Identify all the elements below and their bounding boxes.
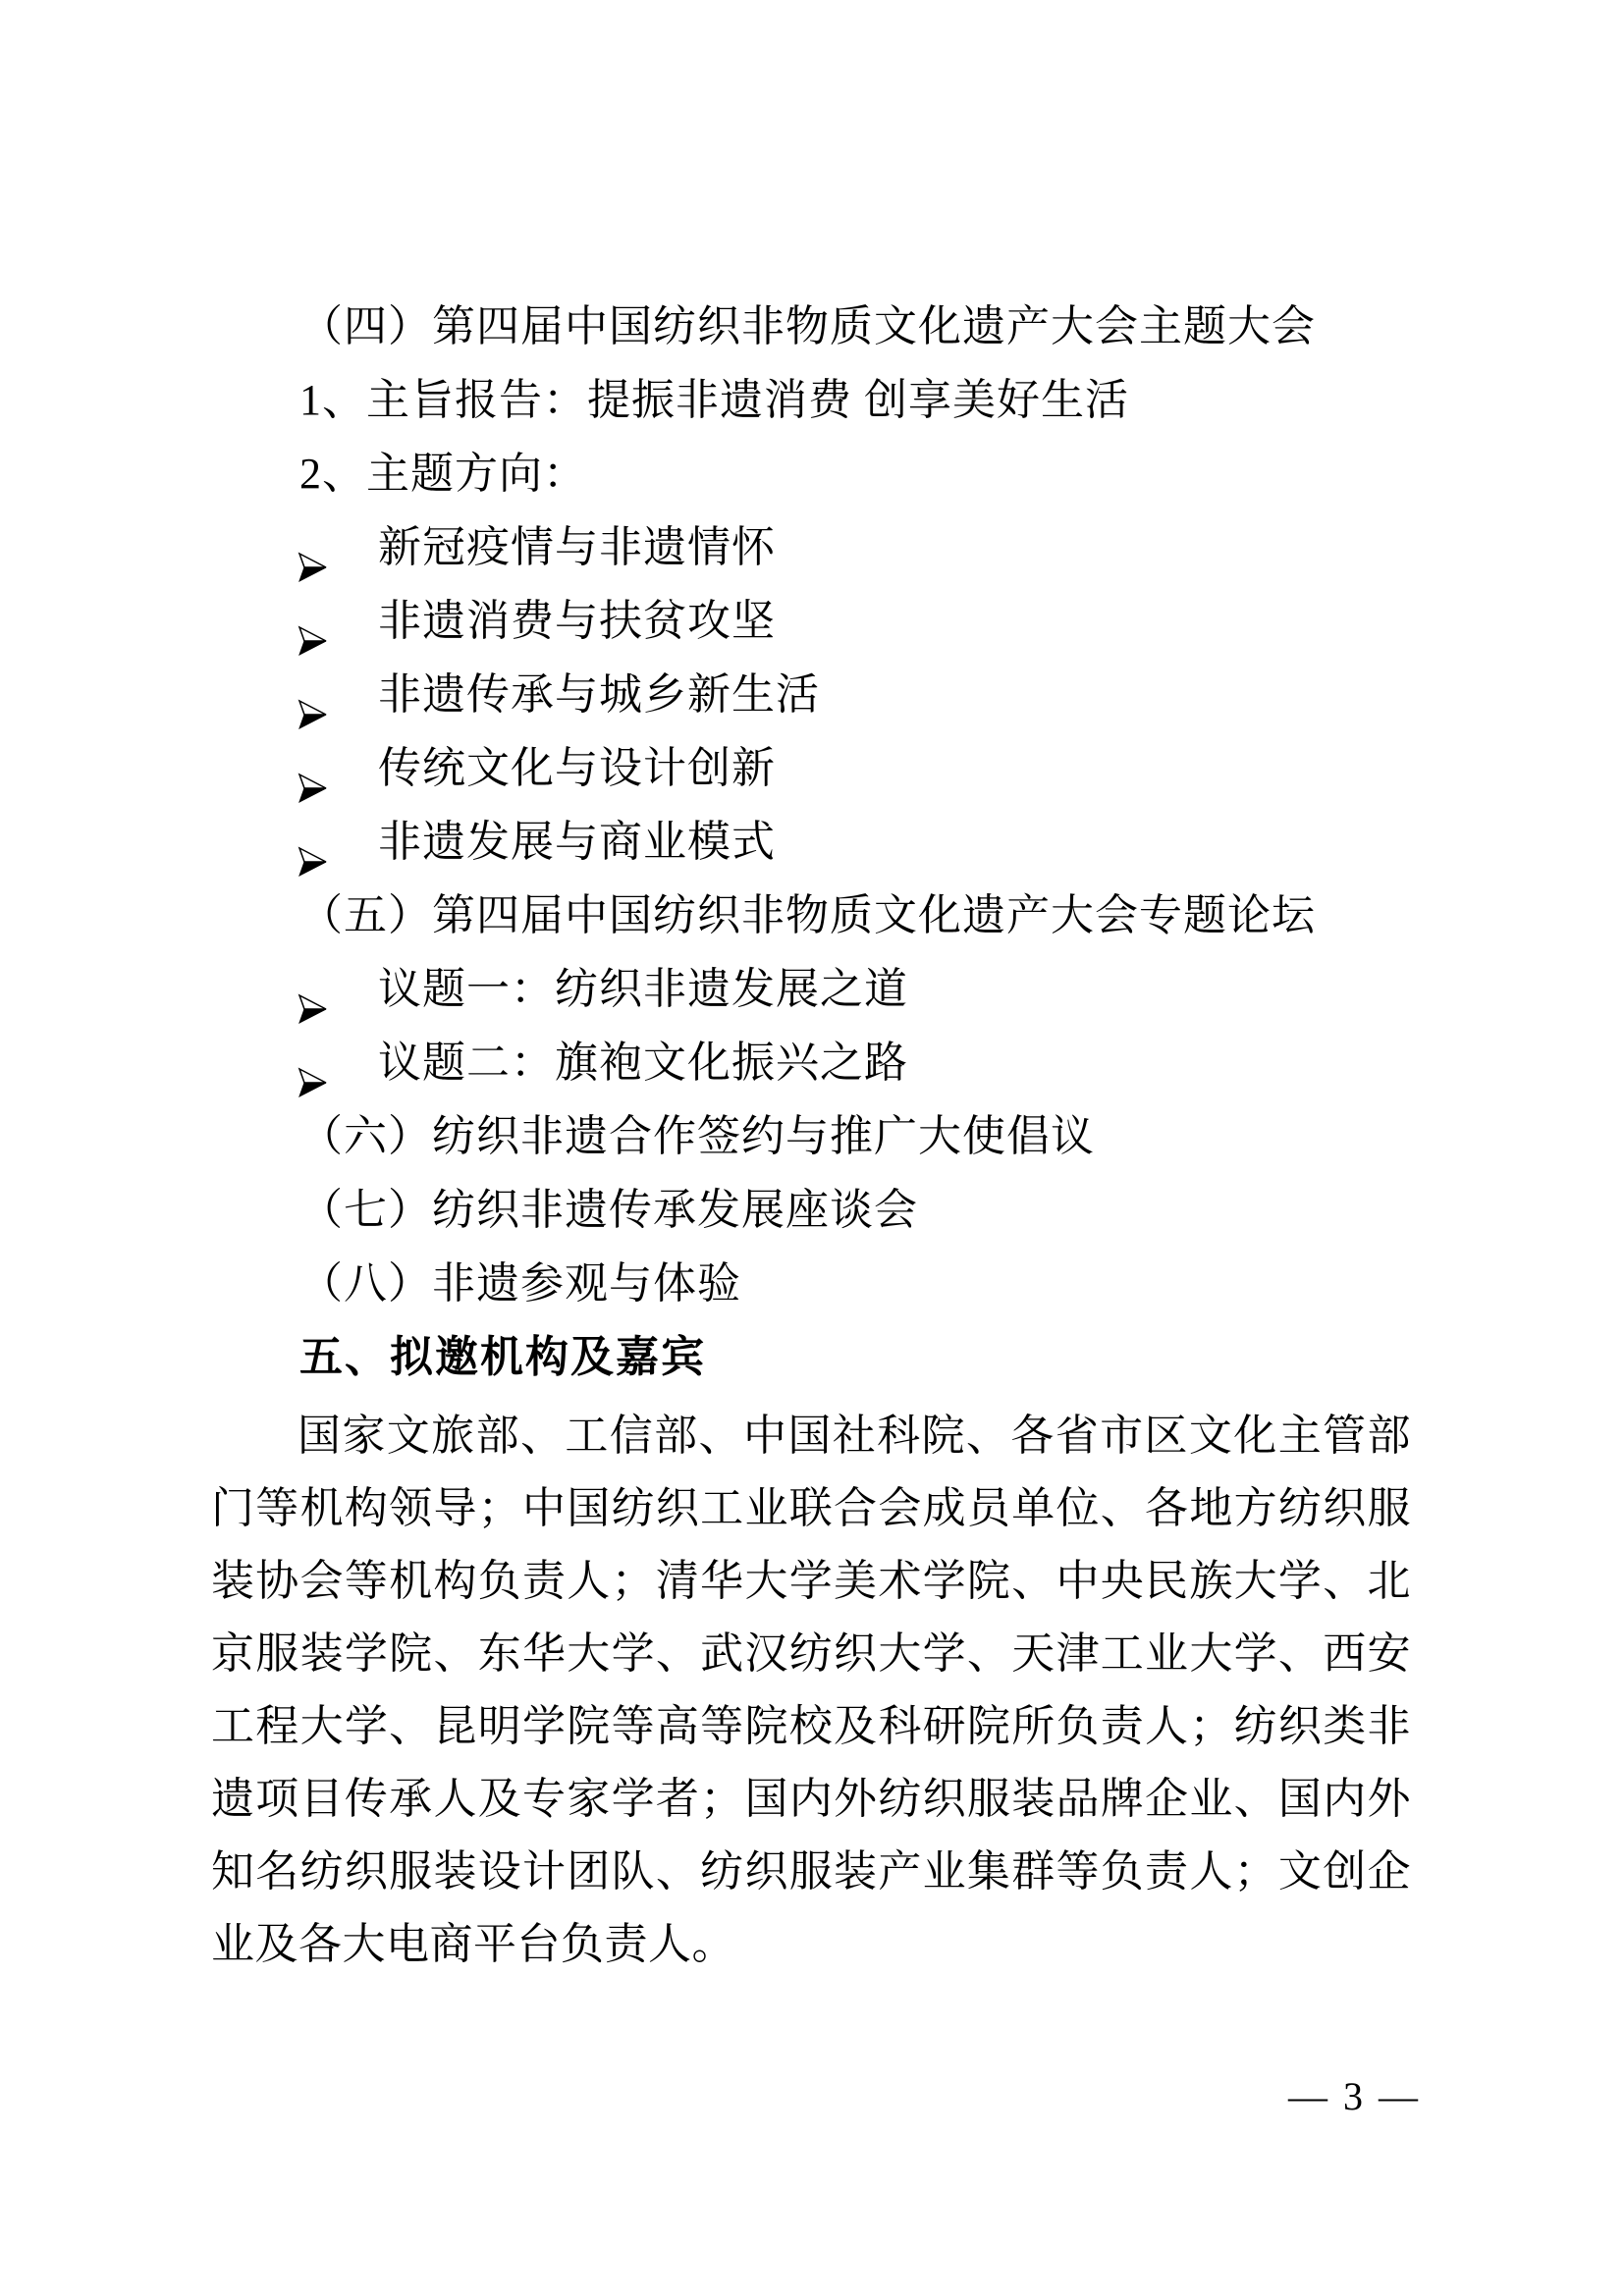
- arrow-bullet-icon: [298, 606, 329, 637]
- list-item-text: 非遗传承与城乡新生活: [378, 658, 820, 731]
- numbered-item-text: 2、主题方向：: [299, 450, 587, 498]
- arrow-bullet-icon: [298, 1047, 329, 1079]
- document-page: （四）第四届中国纺织非物质文化遗产大会主题大会 1、主旨报告：提振非遗消费 创享…: [0, 0, 1624, 2296]
- numbered-item-text: 1、主旨报告：提振非遗消费 创享美好生活: [299, 376, 1129, 424]
- arrow-bullet-icon: [298, 753, 329, 784]
- list-item: 议题一：纺织非遗发展之道: [211, 952, 1417, 1026]
- arrow-bullet-icon: [298, 974, 329, 1005]
- list-item-text: 新冠疫情与非遗情怀: [378, 510, 776, 584]
- list-item-text: 议题一：纺织非遗发展之道: [378, 952, 908, 1026]
- section-heading-text: （五）第四届中国纺织非物质文化遗产大会专题论坛: [299, 891, 1316, 939]
- list-item-text: 传统文化与设计创新: [378, 731, 776, 805]
- list-item-text: 议题二：旗袍文化振兴之路: [378, 1026, 908, 1099]
- list-item: 议题二：旗袍文化振兴之路: [211, 1026, 1417, 1099]
- arrow-bullet-icon: [298, 532, 329, 563]
- list-item: 非遗传承与城乡新生活: [211, 658, 1417, 731]
- list-item-text: 非遗发展与商业模式: [378, 805, 776, 879]
- body-paragraph: 国家文旅部、工信部、中国社科院、各省市区文化主管部门等机构领导；中国纺织工业联合…: [211, 1400, 1411, 1981]
- list-item-text: 非遗消费与扶贫攻坚: [378, 584, 776, 658]
- section-heading: （八）非遗参观与体验: [211, 1247, 1417, 1320]
- list-item: 新冠疫情与非遗情怀: [211, 510, 1417, 584]
- section-heading: （五）第四届中国纺织非物质文化遗产大会专题论坛: [211, 879, 1417, 952]
- page-number: — 3 —: [211, 2073, 1421, 2120]
- arrow-bullet-icon: [298, 679, 329, 711]
- section-heading: （四）第四届中国纺织非物质文化遗产大会主题大会: [211, 290, 1417, 363]
- arrow-bullet-icon: [298, 827, 329, 858]
- major-section-heading-text: 五、拟邀机构及嘉宾: [299, 1333, 706, 1381]
- section-heading-text: （七）纺织非遗传承发展座谈会: [299, 1186, 918, 1234]
- section-heading-text: （四）第四届中国纺织非物质文化遗产大会主题大会: [299, 302, 1316, 350]
- section-heading-text: （八）非遗参观与体验: [299, 1259, 741, 1308]
- numbered-item: 2、主题方向：: [211, 437, 1417, 510]
- document-body: （四）第四届中国纺织非物质文化遗产大会主题大会 1、主旨报告：提振非遗消费 创享…: [211, 290, 1417, 1394]
- section-heading: （六）纺织非遗合作签约与推广大使倡议: [211, 1099, 1417, 1173]
- list-item: 非遗消费与扶贫攻坚: [211, 584, 1417, 658]
- major-section-heading: 五、拟邀机构及嘉宾: [211, 1320, 1417, 1394]
- section-heading-text: （六）纺织非遗合作签约与推广大使倡议: [299, 1112, 1095, 1160]
- list-item: 传统文化与设计创新: [211, 731, 1417, 805]
- list-item: 非遗发展与商业模式: [211, 805, 1417, 879]
- numbered-item: 1、主旨报告：提振非遗消费 创享美好生活: [211, 363, 1417, 437]
- section-heading: （七）纺织非遗传承发展座谈会: [211, 1173, 1417, 1247]
